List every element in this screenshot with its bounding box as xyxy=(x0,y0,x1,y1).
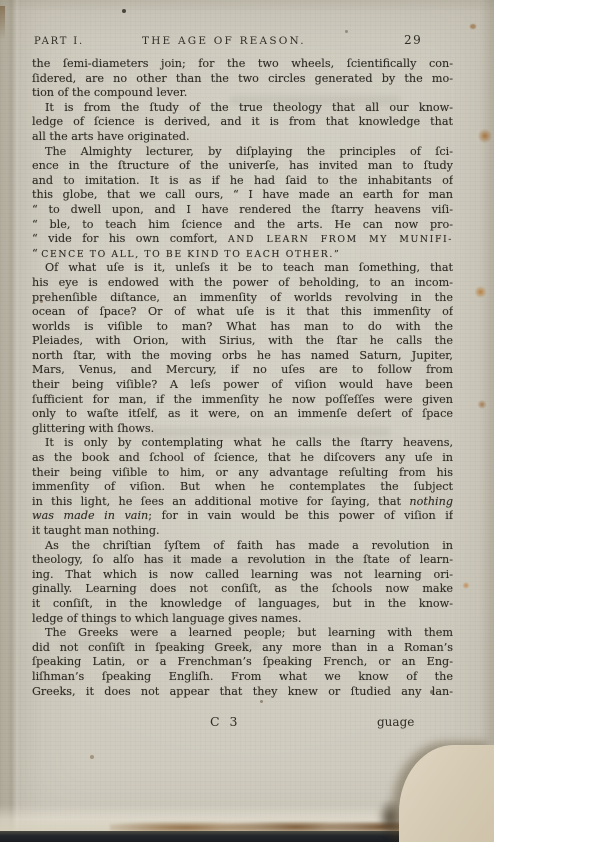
text-segment: “ xyxy=(32,247,41,260)
text-segment: It is only by contemplating what he call… xyxy=(45,436,453,449)
text-line: ence in the ſtructure of the univerſe, h… xyxy=(32,159,453,174)
text-line: ocean of ſpace? Or of what uſe is it tha… xyxy=(32,305,453,320)
text-line: ginally. Learning does not conſiſt, as t… xyxy=(32,582,453,597)
text-line: their being viſible? A leſs power of viſ… xyxy=(32,378,453,393)
text-segment: worlds is viſible to man? What has man t… xyxy=(32,320,453,333)
text-line: “ to dwell upon, and I have rendered the… xyxy=(32,203,453,218)
text-line: as the book and ſchool of ſcience, that … xyxy=(32,451,453,466)
part-label: PART I. xyxy=(34,36,84,47)
text-line: glittering with ſhows. xyxy=(32,422,453,437)
text-segment: The Almighty lecturer, by diſplaying the… xyxy=(45,145,453,158)
text-line: their being viſible to him, or any advan… xyxy=(32,466,453,481)
text-line: “ vide for his own comfort, AND LEARN FR… xyxy=(32,232,453,247)
left-binding-fold-shadow xyxy=(6,0,20,842)
text-line: did not conſiſt in ſpeaking Greek, any m… xyxy=(32,641,453,656)
text-line: “ ble, to teach him ſcience and the arts… xyxy=(32,218,453,233)
text-line: Pleiades, with Orion, with Sirius, with … xyxy=(32,334,453,349)
text-segment: it conſiſt, in the knowledge of language… xyxy=(32,597,453,610)
text-line: worlds is viſible to man? What has man t… xyxy=(32,320,453,335)
text-segment: “ vide for his own comfort, xyxy=(32,232,228,245)
text-block: the ſemi-diameters join; for the two whe… xyxy=(32,57,453,699)
text-segment: his eye is endowed with the power of beh… xyxy=(32,276,453,289)
text-segment: ſidered, are no other than the two circl… xyxy=(32,72,453,85)
text-line: “ CENCE TO ALL, TO BE KIND TO EACH OTHER… xyxy=(32,247,453,262)
bottom-dark-scan-edge xyxy=(0,831,408,842)
text-segment: as the book and ſchool of ſcience, that … xyxy=(32,451,453,464)
text-segment: did not conſiſt in ſpeaking Greek, any m… xyxy=(32,641,453,654)
text-line: liſhman’s ſpeaking Engliſh. From what we… xyxy=(32,670,453,685)
text-segment: Mars, Venus, and Mercury, if no uſes are… xyxy=(32,363,453,376)
text-line: Mars, Venus, and Mercury, if no uſes are… xyxy=(32,363,453,378)
text-line: ledge of things to which language gives … xyxy=(32,612,453,627)
text-segment: glittering with ſhows. xyxy=(32,422,154,435)
text-line: it taught man nothing. xyxy=(32,524,453,539)
text-line: The Almighty lecturer, by diſplaying the… xyxy=(32,145,453,160)
text-line: Of what uſe is it, unleſs it be to teach… xyxy=(32,261,453,276)
text-line: immenſity of viſion. But when he contemp… xyxy=(32,480,453,495)
text-segment: their being viſible to him, or any advan… xyxy=(32,466,453,479)
text-segment: nothing xyxy=(409,495,453,508)
text-segment: immenſity of viſion. But when he contemp… xyxy=(32,480,453,493)
text-line: ledge of ſcience is derived, and it is f… xyxy=(32,115,453,130)
book-page: PART I. THE AGE OF REASON. 29 the ſemi-d… xyxy=(0,0,494,842)
text-line: As the chriſtian ſyſtem of faith has mad… xyxy=(32,539,453,554)
foxing-stain xyxy=(90,755,94,759)
text-segment: and to imitation. It is as if he had ſai… xyxy=(32,174,453,187)
text-segment: north ſtar, with the moving orbs he has … xyxy=(32,349,453,362)
text-line: all the arts have originated. xyxy=(32,130,453,145)
text-segment: ence in the ſtructure of the univerſe, h… xyxy=(32,159,453,172)
text-segment: ſpeaking Latin, or a Frenchman’s ſpeakin… xyxy=(32,655,453,668)
text-segment: all the arts have originated. xyxy=(32,130,190,143)
text-line: in this light, he ſees an additional mot… xyxy=(32,495,453,510)
foxing-stain xyxy=(122,9,126,13)
page-footer: C 3 guage xyxy=(32,714,453,732)
text-segment: this globe, that we call ours, “ I have … xyxy=(32,188,453,201)
running-header: PART I. THE AGE OF REASON. 29 xyxy=(32,33,453,49)
foxing-stain xyxy=(477,400,487,409)
text-segment: ginally. Learning does not conſiſt, as t… xyxy=(32,582,453,595)
text-segment: only to waſte itſelf, as it were, on an … xyxy=(32,407,453,420)
text-segment: ledge of ſcience is derived, and it is f… xyxy=(32,115,453,128)
text-line: tion of the compound lever. xyxy=(32,86,453,101)
text-segment: theology, ſo alſo has it made a revoluti… xyxy=(32,553,453,566)
text-segment: ledge of things to which language gives … xyxy=(32,612,301,625)
text-segment: ; for in vain would be this power of viſ… xyxy=(148,509,453,522)
text-line: this globe, that we call ours, “ I have … xyxy=(32,188,453,203)
text-segment: ſufficient for man, if the immenſity he … xyxy=(32,393,453,406)
text-segment: As the chriſtian ſyſtem of faith has mad… xyxy=(45,539,453,552)
text-line: north ſtar, with the moving orbs he has … xyxy=(32,349,453,364)
text-line: prehenſible diſtance, an immenſity of wo… xyxy=(32,291,453,306)
text-segment: ing. That which is now called learning w… xyxy=(32,568,453,581)
text-line: the ſemi-diameters join; for the two whe… xyxy=(32,57,453,72)
text-segment: ocean of ſpace? Or of what uſe is it tha… xyxy=(32,305,453,318)
text-segment: Pleiades, with Orion, with Sirius, with … xyxy=(32,334,453,347)
text-segment: tion of the compound lever. xyxy=(32,86,187,99)
text-line: and to imitation. It is as if he had ſai… xyxy=(32,174,453,189)
text-segment: Of what uſe is it, unleſs it be to teach… xyxy=(45,261,453,274)
scanner-white-margin xyxy=(494,0,595,842)
foxing-stain xyxy=(462,582,470,589)
text-line: It is from the ſtudy of the true theolog… xyxy=(32,101,453,116)
text-segment: AND LEARN FROM MY MUNIFI- xyxy=(228,234,453,245)
text-segment: the ſemi-diameters join; for the two whe… xyxy=(32,57,453,70)
text-line: ſpeaking Latin, or a Frenchman’s ſpeakin… xyxy=(32,655,453,670)
catchword: guage xyxy=(377,715,414,729)
text-line: it conſiſt, in the knowledge of language… xyxy=(32,597,453,612)
text-segment: “ to dwell upon, and I have rendered the… xyxy=(32,203,453,216)
foxing-stain xyxy=(478,128,492,144)
scanned-book-page-canvas: PART I. THE AGE OF REASON. 29 the ſemi-d… xyxy=(0,0,595,842)
text-segment: liſhman’s ſpeaking Engliſh. From what we… xyxy=(32,670,453,683)
foxing-stain xyxy=(0,6,5,40)
signature-mark: C 3 xyxy=(210,714,241,729)
text-line: It is only by contemplating what he call… xyxy=(32,436,453,451)
text-segment: CENCE TO ALL, TO BE KIND TO EACH OTHER.” xyxy=(41,249,340,260)
text-segment: “ ble, to teach him ſcience and the arts… xyxy=(32,218,453,231)
text-line: only to waſte itſelf, as it were, on an … xyxy=(32,407,453,422)
text-segment: Greeks, it does not appear that they kne… xyxy=(32,685,453,698)
text-line: Greeks, it does not appear that they kne… xyxy=(32,685,453,700)
page-corner-flap xyxy=(399,745,494,842)
text-segment: was made in vain xyxy=(32,509,148,522)
text-line: his eye is endowed with the power of beh… xyxy=(32,276,453,291)
foxing-stain xyxy=(474,286,487,298)
text-line: ing. That which is now called learning w… xyxy=(32,568,453,583)
text-segment: their being viſible? A leſs power of viſ… xyxy=(32,378,453,391)
text-segment: prehenſible diſtance, an immenſity of wo… xyxy=(32,291,453,304)
foxing-stain xyxy=(470,24,476,29)
text-line: ſufficient for man, if the immenſity he … xyxy=(32,393,453,408)
text-segment: in this light, he ſees an additional mot… xyxy=(32,495,409,508)
text-segment: it taught man nothing. xyxy=(32,524,160,537)
page-number: 29 xyxy=(404,33,422,47)
foxing-stain xyxy=(260,700,263,703)
text-line: ſidered, are no other than the two circl… xyxy=(32,72,453,87)
text-line: The Greeks were a learned people; but le… xyxy=(32,626,453,641)
book-title-header: THE AGE OF REASON. xyxy=(142,35,306,47)
text-segment: It is from the ſtudy of the true theolog… xyxy=(45,101,453,114)
text-segment: The Greeks were a learned people; but le… xyxy=(45,626,453,639)
text-line: was made in vain; for in vain would be t… xyxy=(32,509,453,524)
text-line: theology, ſo alſo has it made a revoluti… xyxy=(32,553,453,568)
